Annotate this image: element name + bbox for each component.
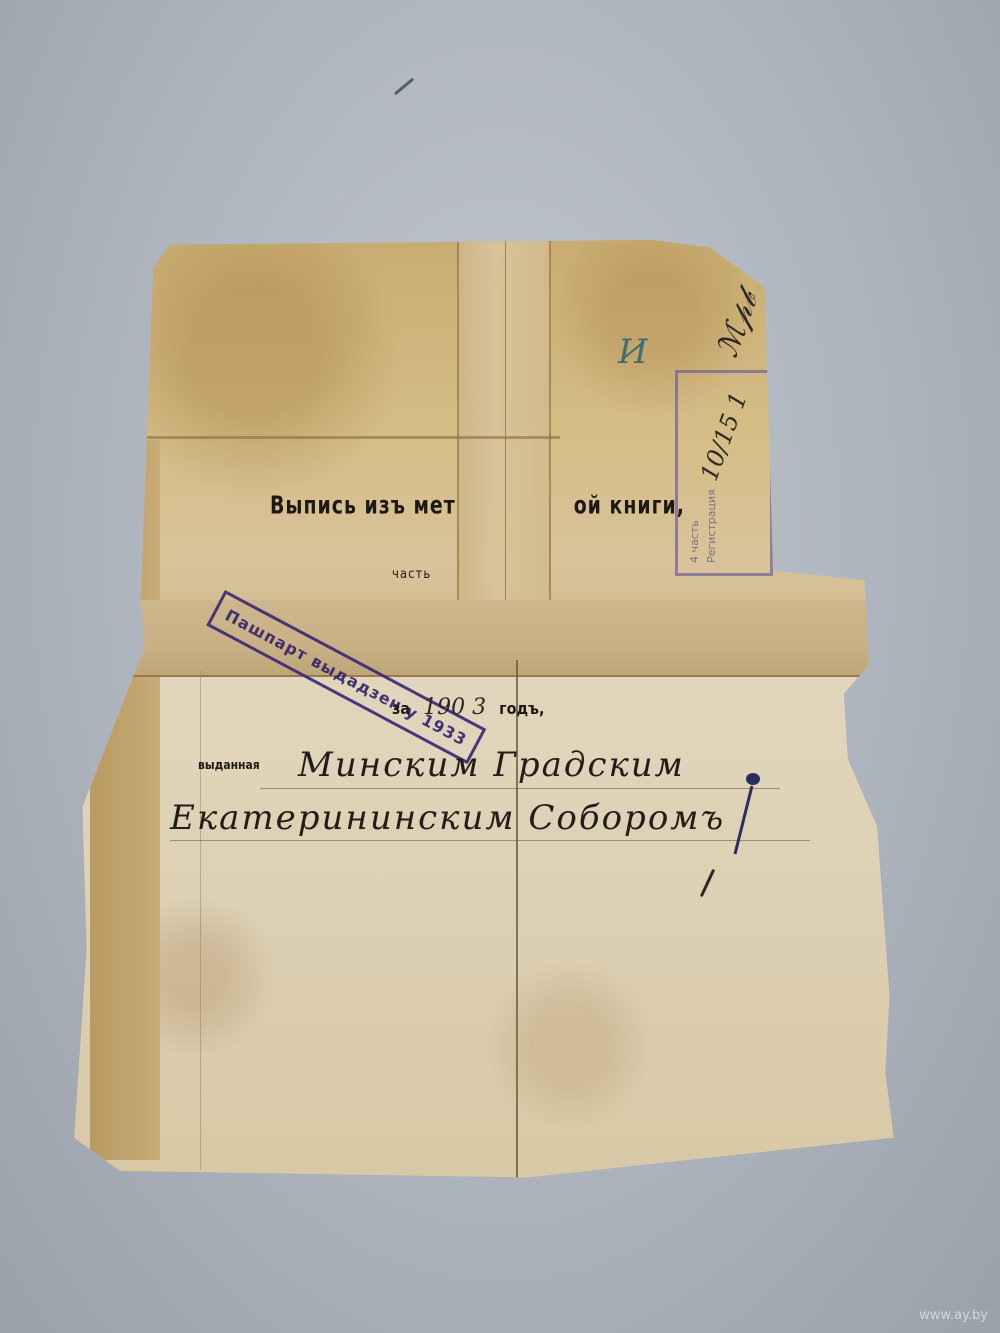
title-left: Выпись изъ мет [270, 491, 456, 520]
year-suffix: годъ, [499, 699, 544, 718]
ink-stroke [734, 786, 754, 855]
year-prefix: за [392, 699, 410, 718]
ruled-line [170, 840, 810, 841]
vertical-fold [516, 660, 518, 1185]
pencil-mark [700, 869, 715, 897]
horizontal-tape-strip [70, 600, 902, 677]
handwritten-line-2: Екатерининским Соборомъ [170, 798, 725, 838]
handwritten-year: 190 3 [423, 695, 486, 720]
marginal-mark: И [618, 332, 648, 372]
part-label: часть [392, 567, 431, 582]
left-fold [200, 670, 201, 1170]
year-line: за 190 3 годъ, [392, 695, 544, 720]
surface-scratch [394, 78, 414, 96]
ink-blot [746, 773, 760, 785]
vertical-tape-strip [457, 240, 551, 630]
document-sheet: И 4 часть Регистрация ℳ𝓅𝒷 10/15 1 Выпись… [70, 240, 902, 1185]
document-title: Выпись изъ метой книги, [270, 491, 685, 520]
issued-label: выданная [198, 758, 260, 772]
paper-backing-strip [90, 440, 160, 1160]
ruled-line [260, 788, 780, 789]
signature: ℳ𝓅𝒷 [710, 288, 766, 362]
watermark: www.ay.by [919, 1308, 988, 1323]
title-right: ой книги, [574, 491, 685, 520]
tear-line [140, 436, 560, 439]
handwritten-line-1: Минским Градским [298, 745, 685, 785]
